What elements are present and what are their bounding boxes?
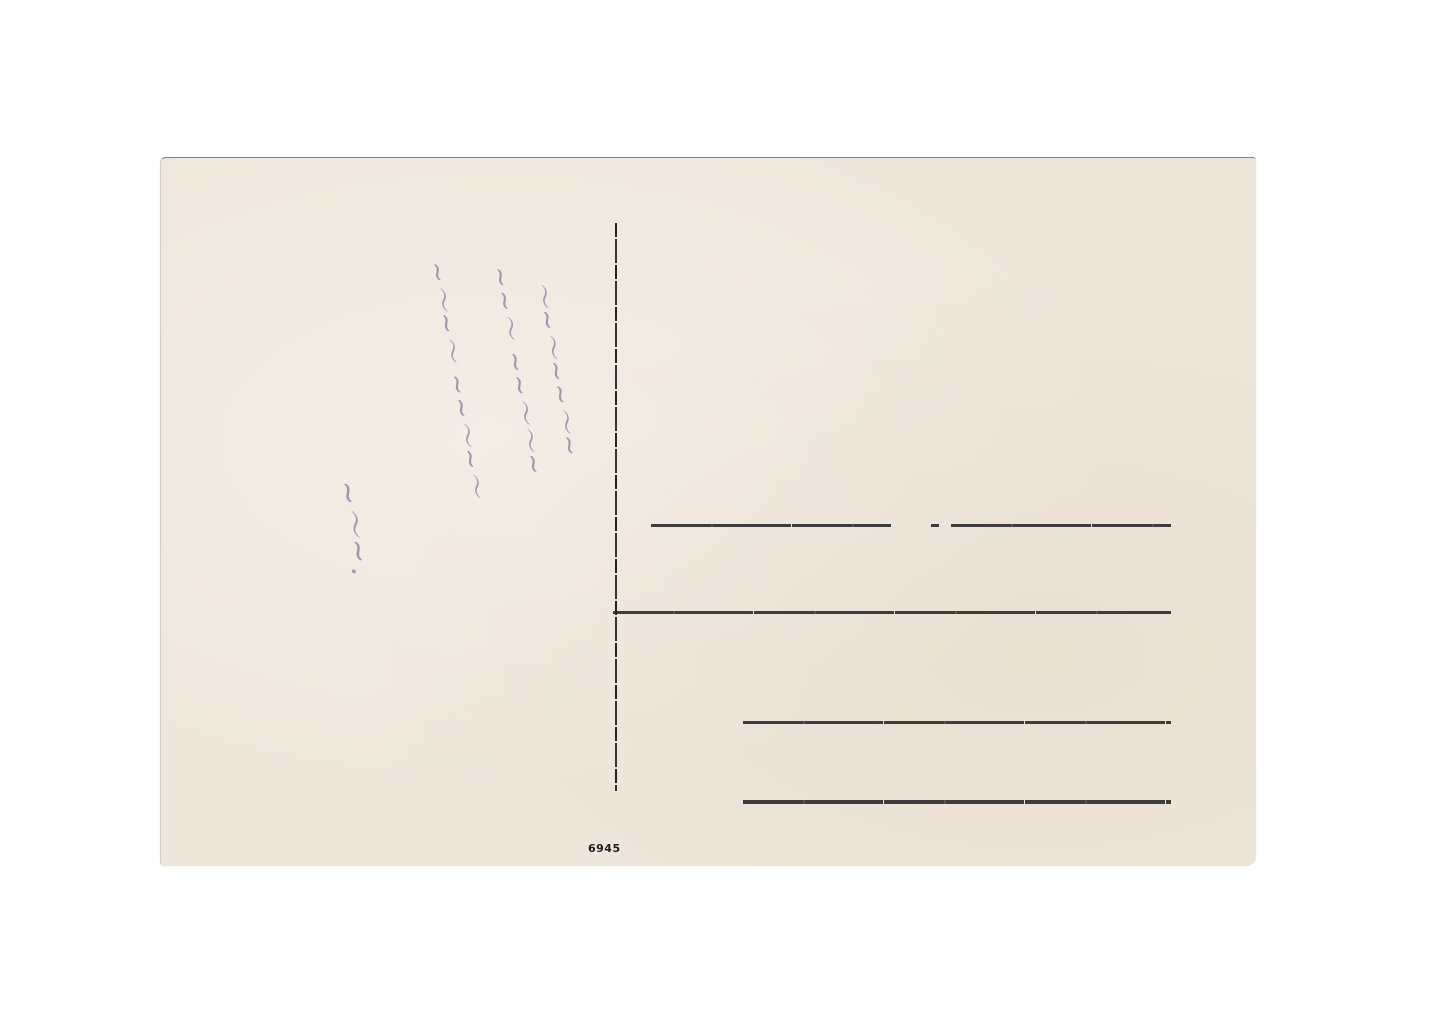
address-line-1-fragment bbox=[931, 524, 939, 527]
serial-number: 6945 bbox=[588, 842, 621, 855]
postcard-back: 〜∼〜∼∼〜∼ ∼∼〜 ∼∼〜〜∼ ∼〜∼〜 ∼∼〜∼〜 ∼〜∼. 6945 bbox=[160, 157, 1256, 866]
handwritten-signature: ∼〜∼. bbox=[328, 476, 388, 580]
divider-line bbox=[615, 223, 617, 791]
address-line-2 bbox=[613, 611, 1171, 614]
address-line-1-end bbox=[951, 524, 1171, 527]
address-line-4 bbox=[743, 800, 1171, 804]
address-line-1 bbox=[651, 524, 891, 527]
address-line-3 bbox=[743, 721, 1171, 724]
